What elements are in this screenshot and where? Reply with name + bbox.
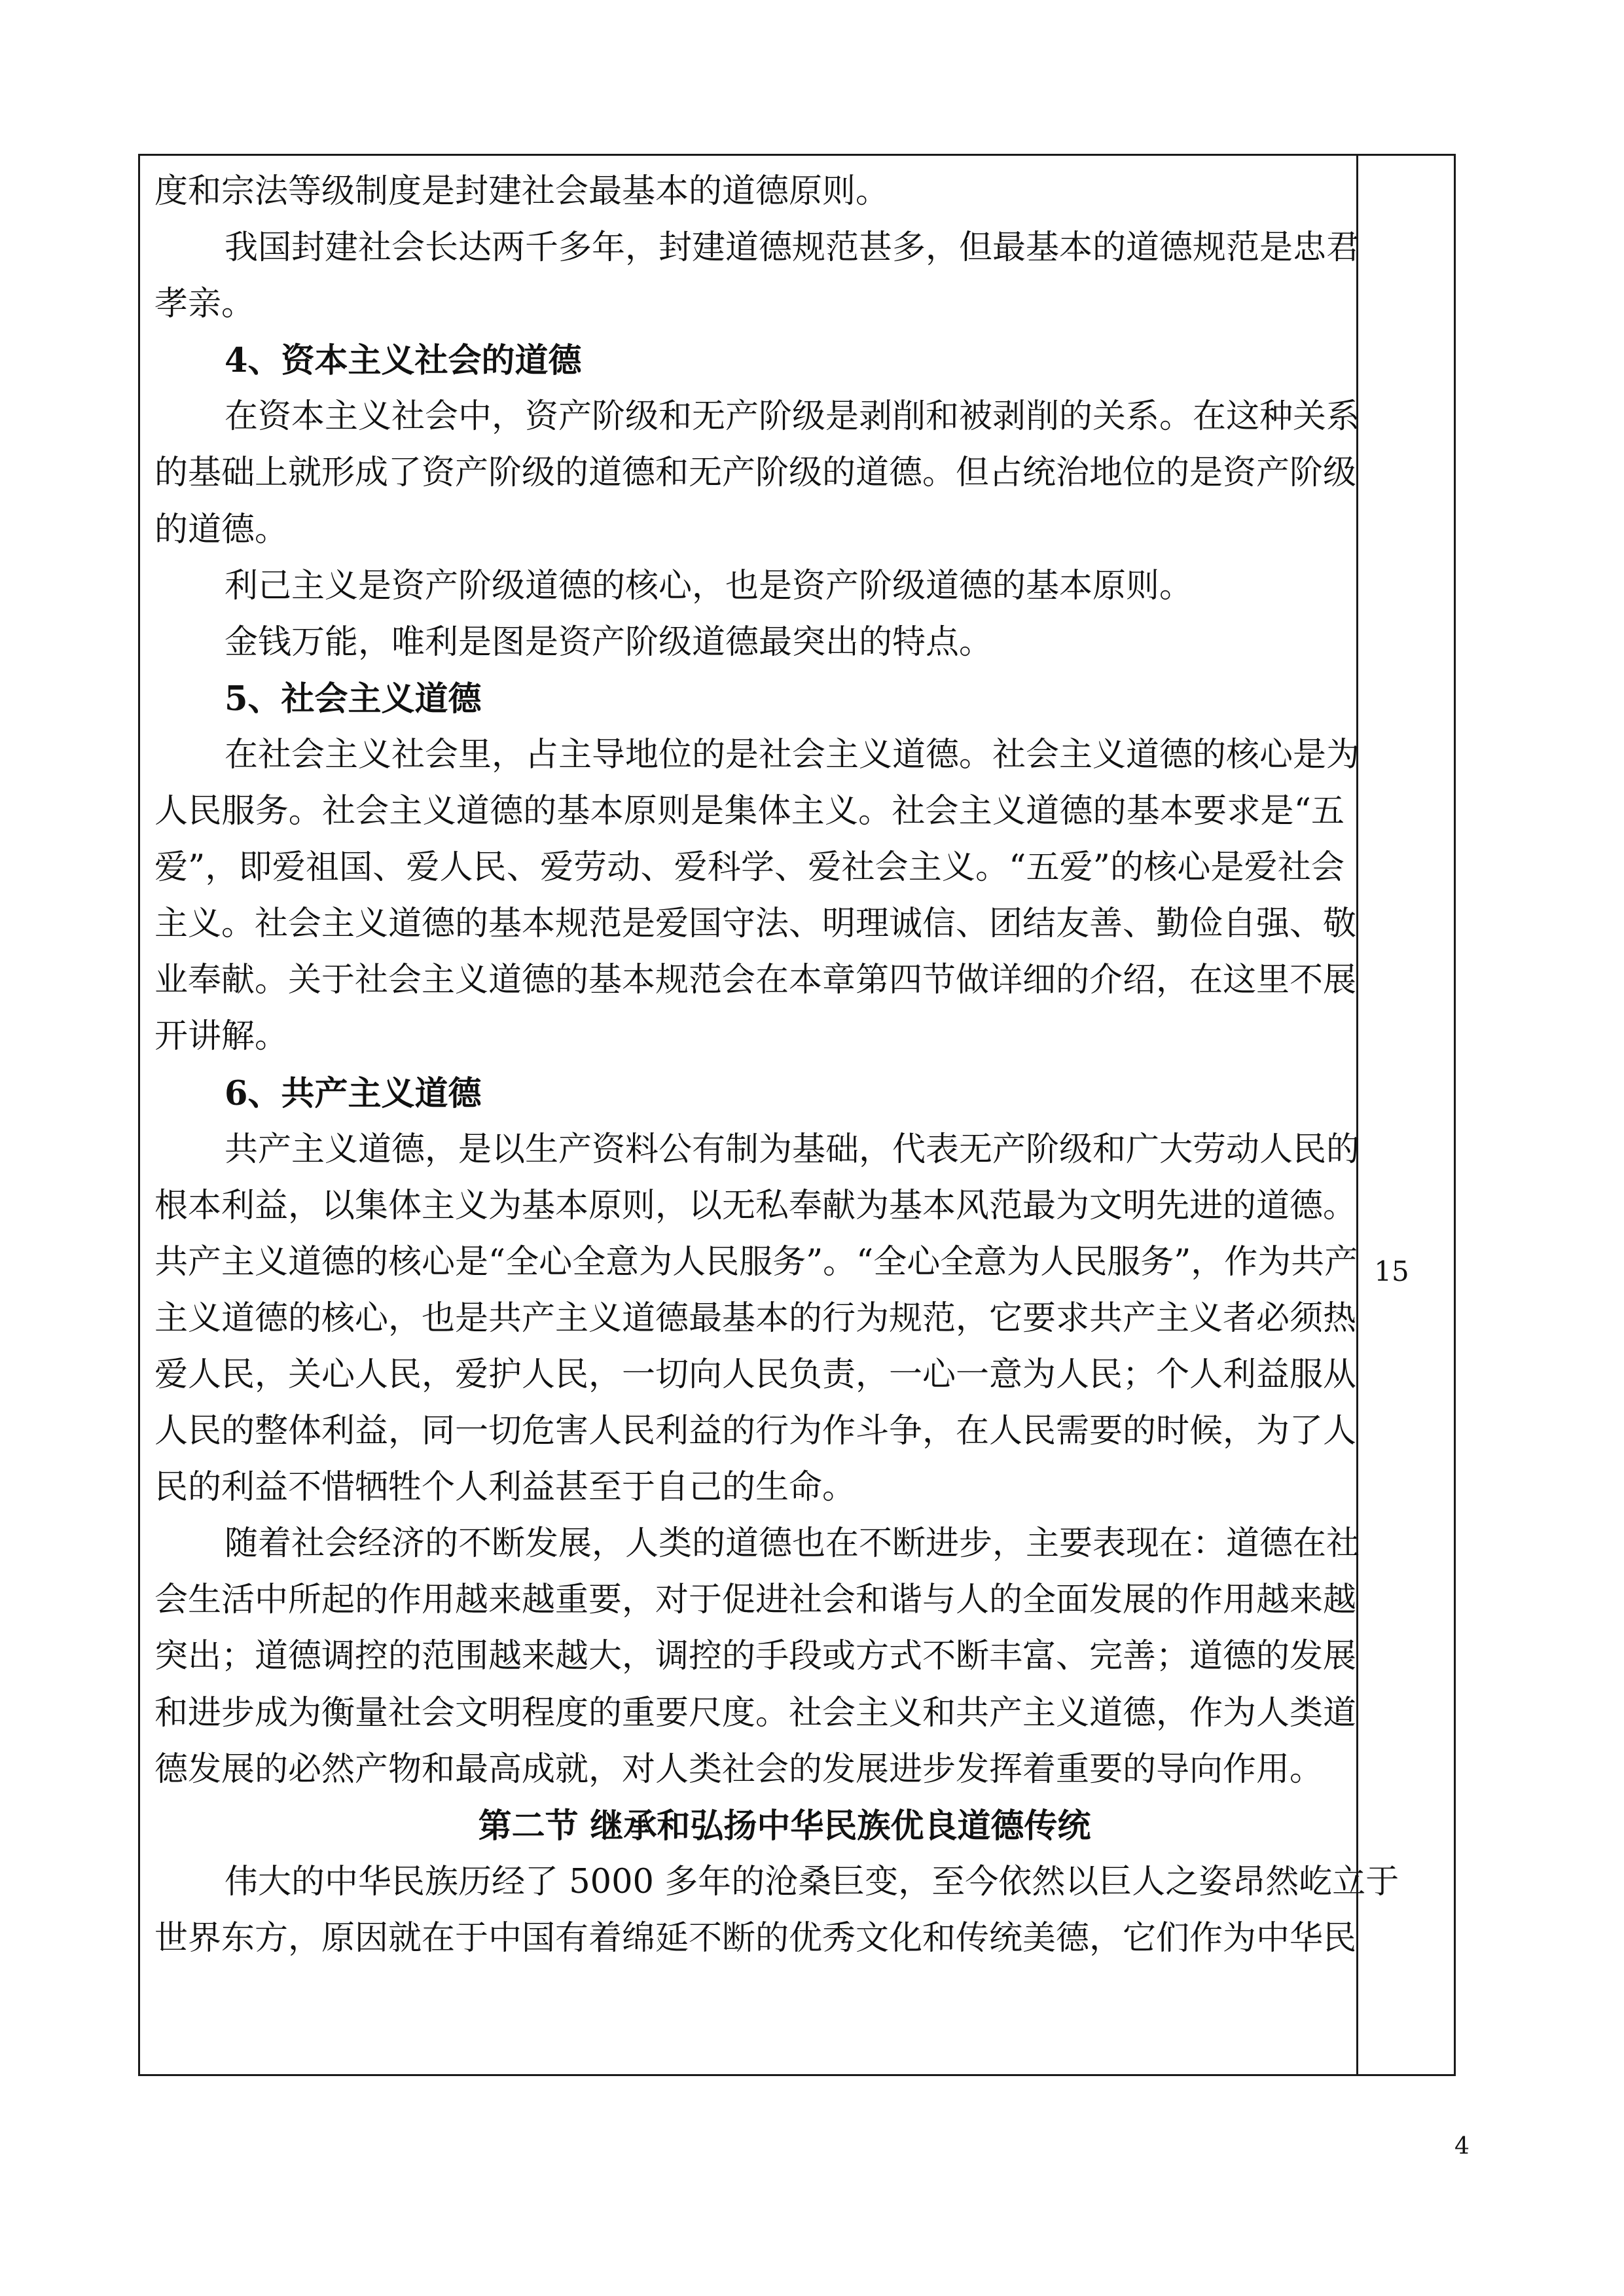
text-line: 在资本主义社会中，资产阶级和无产阶级是剥削和被剥削的关系。在这种关系	[154, 389, 1344, 445]
page-number: 4	[1454, 2131, 1470, 2162]
text-line: 民的利益不惜牺牲个人利益甚至于自己的生命。	[154, 1460, 1344, 1516]
text-line: 爱”，即爱祖国、爱人民、爱劳动、爱科学、爱社会主义。“五爱”的核心是爱社会	[154, 840, 1344, 896]
text-line: 人民的整体利益，同一切危害人民利益的行为作斗争，在人民需要的时候，为了人	[154, 1403, 1344, 1460]
text-line: 我国封建社会长达两千多年，封建道德规范甚多，但最基本的道德规范是忠君	[154, 220, 1344, 276]
text-line: 开讲解。	[154, 1009, 1344, 1065]
subheading-capitalist-morality: 4、资本主义社会的道德	[154, 332, 1344, 389]
text-line: 度和宗法等级制度是封建社会最基本的道德原则。	[154, 164, 1344, 220]
text-line: 世界东方，原因就在于中国有着绵延不断的优秀文化和传统美德，它们作为中华民	[154, 1910, 1344, 1967]
text-line: 主义。社会主义道德的基本规范是爱国守法、明理诚信、团结友善、勤俭自强、敬	[154, 896, 1344, 952]
text-line: 根本利益，以集体主义为基本原则，以无私奉献为基本风范最为文明先进的道德。	[154, 1178, 1344, 1234]
text-line: 共产主义道德的核心是“全心全意为人民服务”。“全心全意为人民服务”，作为共产	[154, 1234, 1344, 1291]
text-line: 爱人民，关心人民，爱护人民，一切向人民负责，一心一意为人民；个人利益服从	[154, 1347, 1344, 1403]
subheading-socialist-morality: 5、社会主义道德	[154, 671, 1344, 727]
text-line: 德发展的必然产物和最高成就，对人类社会的发展进步发挥着重要的导向作用。	[154, 1742, 1344, 1798]
text-line: 突出；道德调控的范围越来越大，调控的手段或方式不断丰富、完善；道德的发展	[154, 1628, 1344, 1685]
text-line: 金钱万能，唯利是图是资产阶级道德最突出的特点。	[154, 615, 1344, 671]
text-line: 伟大的中华民族历经了 5000 多年的沧桑巨变，至今依然以巨人之姿昂然屹立于	[154, 1854, 1344, 1910]
text-line: 的基础上就形成了资产阶级的道德和无产阶级的道德。但占统治地位的是资产阶级	[154, 445, 1344, 501]
text-line: 会生活中所起的作用越来越重要，对于促进社会和谐与人的全面发展的作用越来越	[154, 1572, 1344, 1628]
hours-cell: 15	[1344, 1244, 1439, 1300]
content-cell: 度和宗法等级制度是封建社会最基本的道德原则。 我国封建社会长达两千多年，封建道德…	[154, 164, 1344, 1967]
text-line: 在社会主义社会里，占主导地位的是社会主义道德。社会主义道德的核心是为	[154, 727, 1344, 783]
subheading-communist-morality: 6、共产主义道德	[154, 1066, 1344, 1122]
text-line: 人民服务。社会主义道德的基本原则是集体主义。社会主义道德的基本要求是“五	[154, 783, 1344, 840]
section-title: 第二节 继承和弘扬中华民族优良道德传统	[154, 1798, 1344, 1854]
text-line: 利己主义是资产阶级道德的核心，也是资产阶级道德的基本原则。	[154, 558, 1344, 615]
text-line: 的道德。	[154, 502, 1344, 558]
text-line: 随着社会经济的不断发展，人类的道德也在不断进步，主要表现在：道德在社	[154, 1516, 1344, 1572]
text-line: 孝亲。	[154, 276, 1344, 332]
text-line: 业奉献。关于社会主义道德的基本规范会在本章第四节做详细的介绍，在这里不展	[154, 952, 1344, 1009]
text-line: 共产主义道德，是以生产资料公有制为基础，代表无产阶级和广大劳动人民的	[154, 1122, 1344, 1178]
text-line: 主义道德的核心，也是共产主义道德最基本的行为规范，它要求共产主义者必须热	[154, 1291, 1344, 1347]
text-line: 和进步成为衡量社会文明程度的重要尺度。社会主义和共产主义道德，作为人类道	[154, 1685, 1344, 1742]
